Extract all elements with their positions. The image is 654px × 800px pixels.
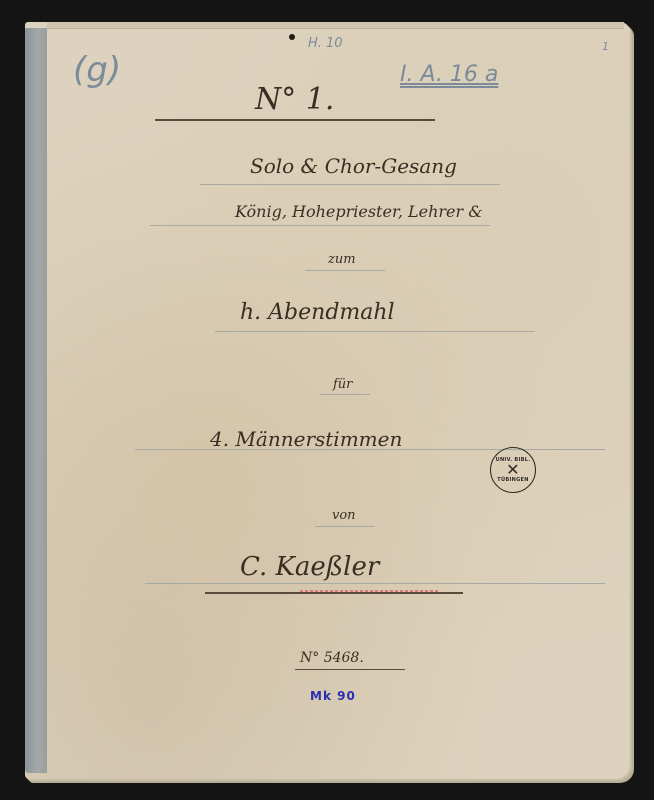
guide-rule	[305, 270, 385, 271]
guide-rule	[200, 184, 500, 185]
number-underline	[155, 119, 435, 121]
pencil-margin-mark: (g)	[73, 50, 121, 90]
occasion-title: h. Abendmahl	[240, 300, 395, 325]
composer-name: C. Kaeßler	[240, 552, 379, 582]
title-line-1: Solo & Chor-Gesang	[250, 154, 457, 178]
title-line-2: König, Hohepriester, Lehrer &	[235, 202, 483, 221]
manuscript-number: N° 1.	[255, 82, 334, 117]
pencil-page-number: 1	[602, 40, 609, 53]
red-pencil-underline	[300, 590, 440, 592]
catalog-underline	[295, 669, 405, 670]
pencil-call-number: I. A. 16 a	[400, 62, 498, 87]
connector-fur: für	[333, 377, 352, 392]
pencil-shelfmark: H. 10	[308, 36, 343, 51]
guide-rule	[315, 526, 375, 527]
binding-spine	[25, 28, 47, 773]
binding-hole	[289, 34, 295, 40]
guide-rule	[215, 331, 535, 332]
stamp-bottom-text: TÜBINGEN	[497, 477, 528, 483]
crossed-keys-icon: ✕	[506, 463, 520, 477]
guide-rule	[320, 394, 370, 395]
library-stamp: UNIV. BIBL. ✕ TÜBINGEN	[490, 447, 536, 493]
guide-rule	[150, 225, 490, 226]
guide-rule	[135, 449, 605, 450]
catalog-number: N° 5468.	[300, 650, 364, 666]
manuscript-page: (g) H. 10 I. A. 16 a 1 N° 1. Solo & Chor…	[25, 22, 630, 779]
connector-zum: zum	[328, 252, 356, 267]
connector-von: von	[332, 508, 356, 523]
page-top-edge	[47, 22, 624, 29]
composer-underline	[205, 592, 463, 594]
scoring: 4. Männerstimmen	[210, 427, 402, 451]
blue-shelf-stamp: Mk 90	[310, 689, 356, 703]
guide-rule	[145, 583, 605, 584]
